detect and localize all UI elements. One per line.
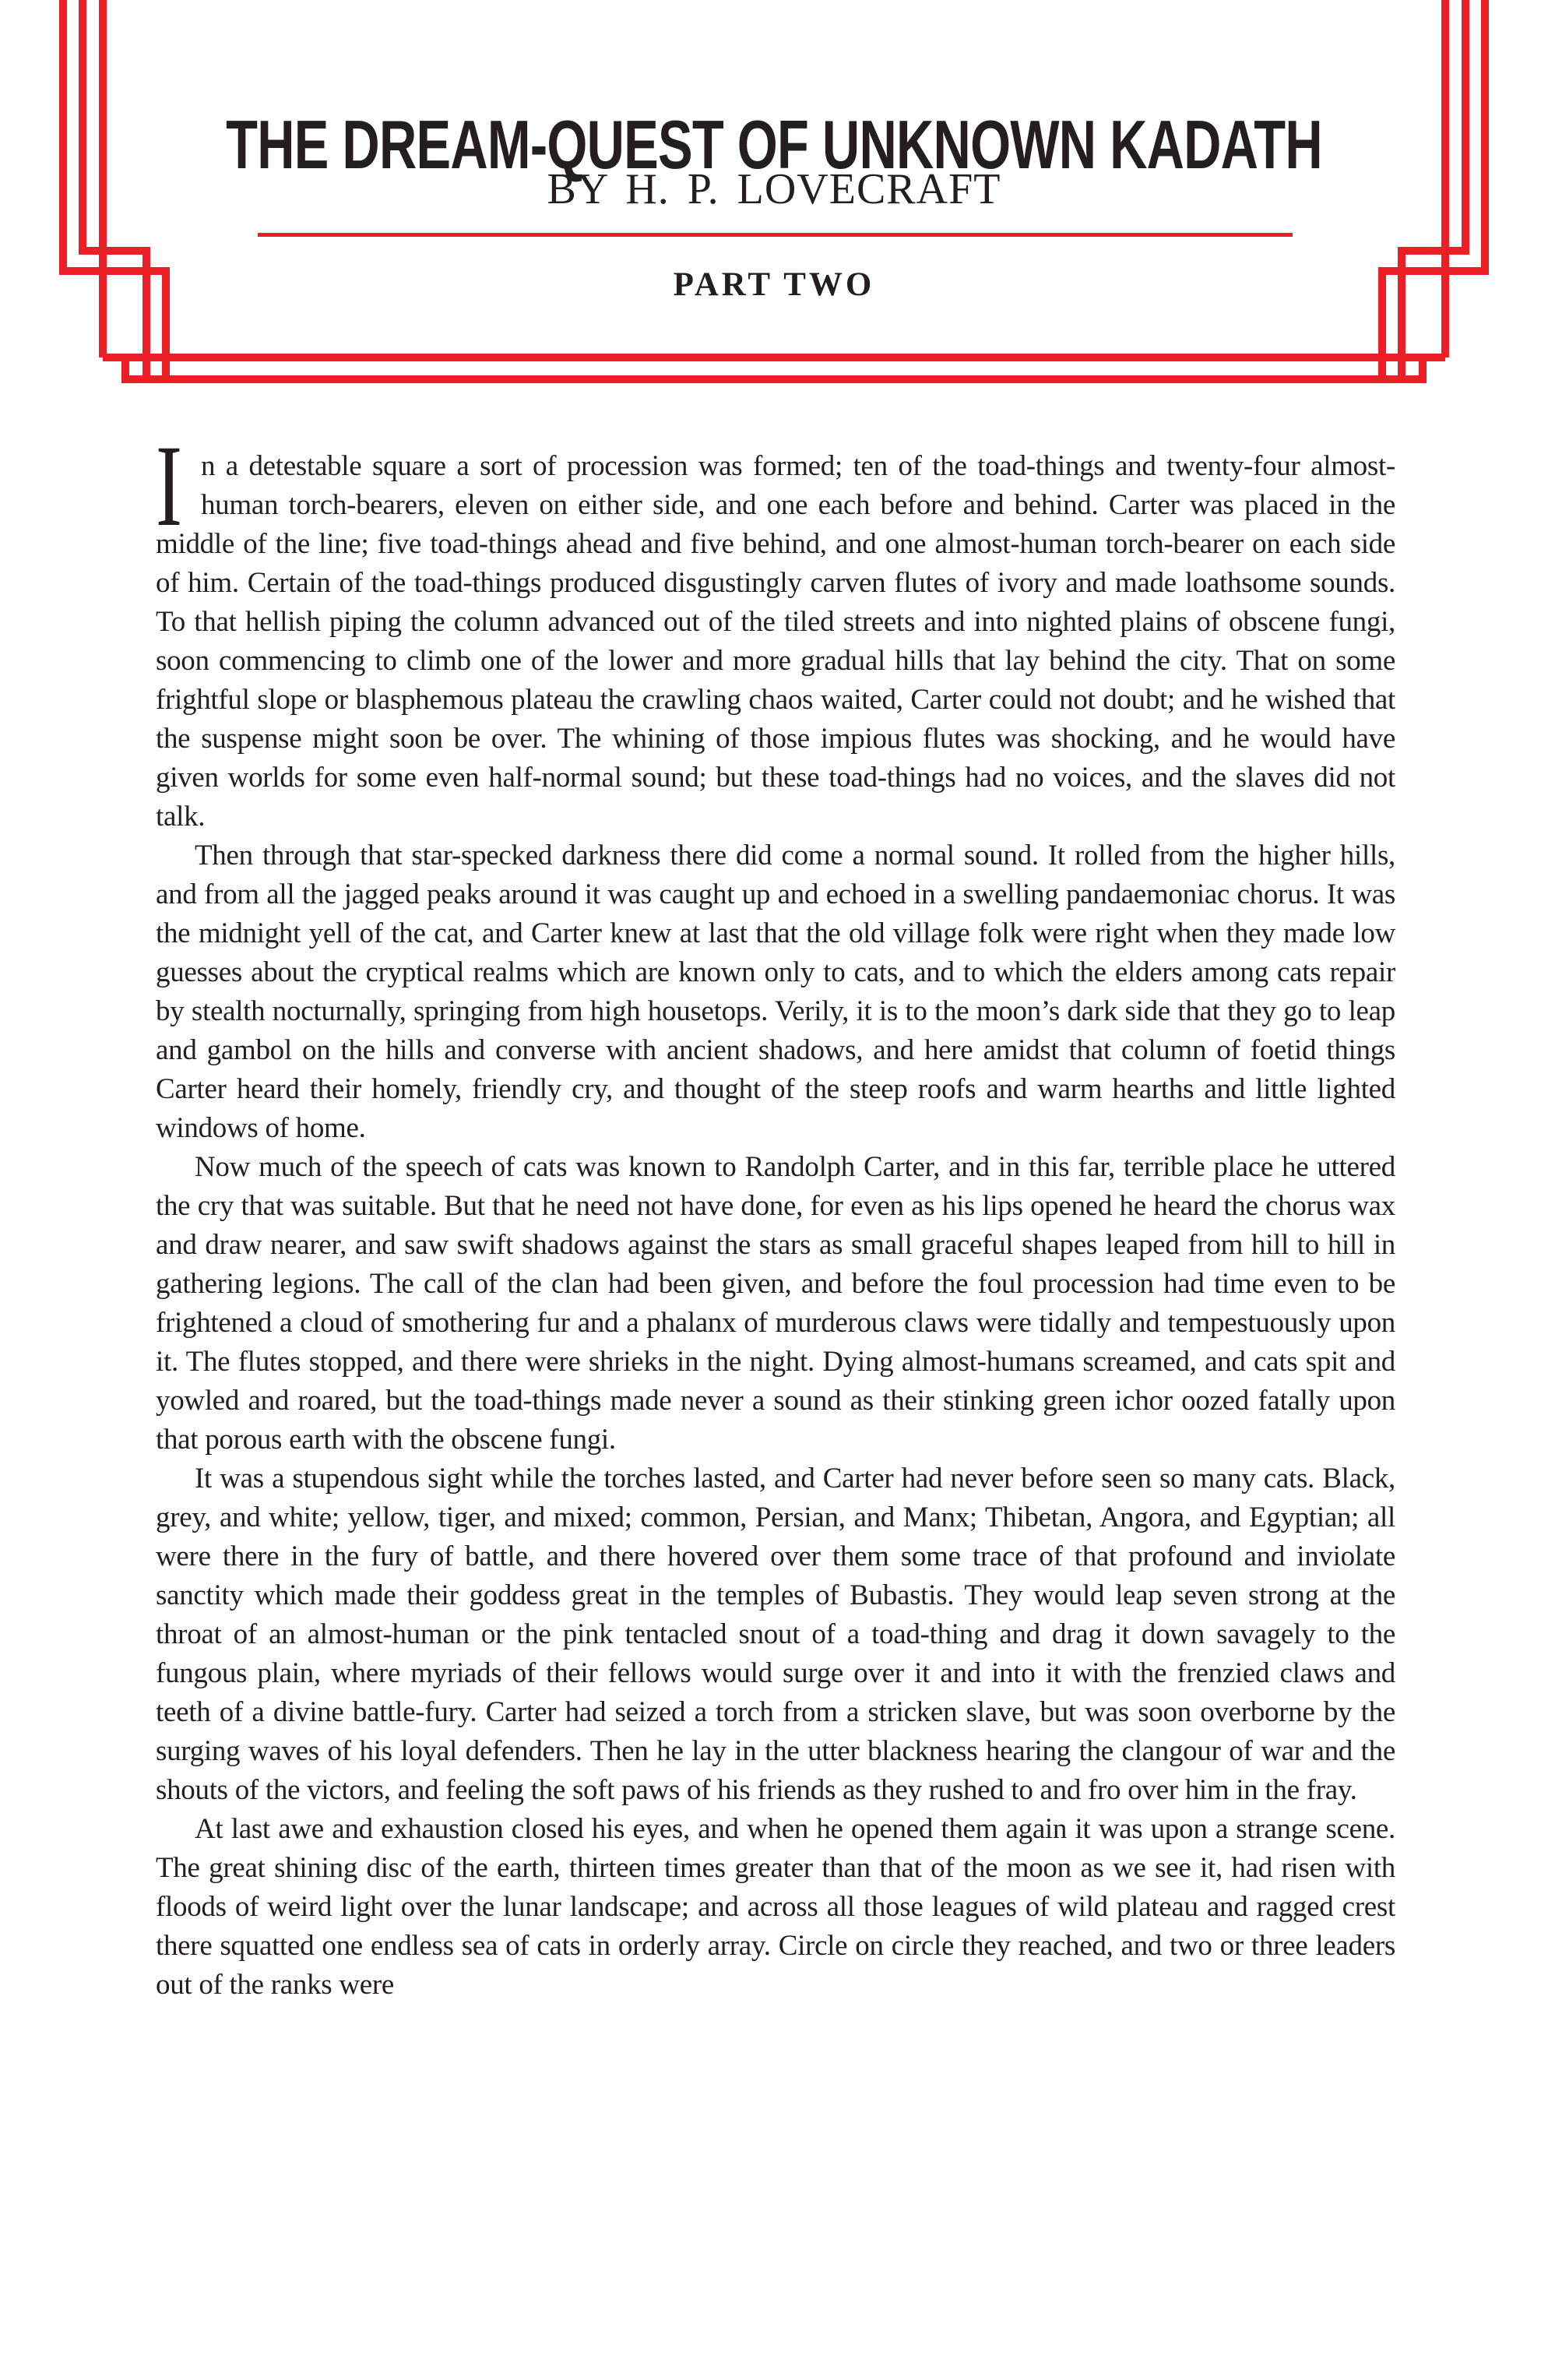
story-text: In a detestable square a sort of process… xyxy=(156,447,1395,2005)
story-paragraph: In a detestable square a sort of process… xyxy=(156,447,1395,836)
story-paragraph: Then through that star-specked darkness … xyxy=(156,836,1395,1148)
story-paragraph: It was a stupendous sight while the torc… xyxy=(156,1459,1395,1810)
byline: BY H. P. LOVECRAFT xyxy=(0,167,1548,211)
story-paragraph: At last awe and exhaustion closed his ey… xyxy=(156,1810,1395,2005)
title-rule xyxy=(258,233,1293,237)
drop-cap: I xyxy=(156,447,188,525)
story-paragraph: Now much of the speech of cats was known… xyxy=(156,1148,1395,1459)
part-label: PART TWO xyxy=(0,268,1548,301)
